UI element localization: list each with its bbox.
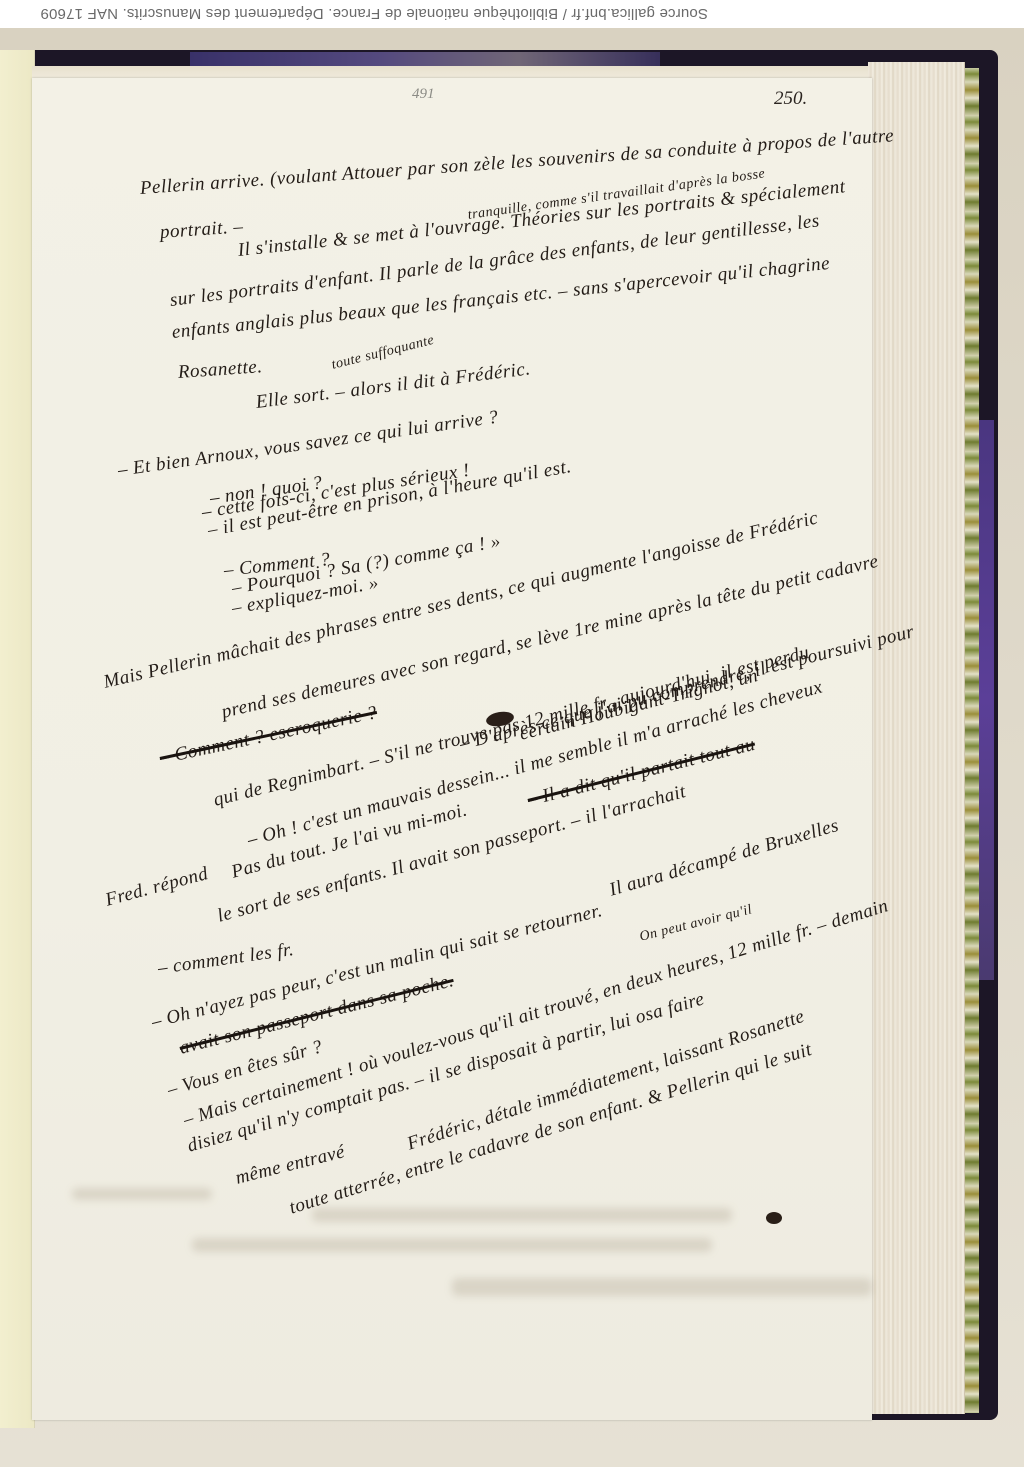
manuscript-line: Elle sort. – alors il dit à Frédéric.: [255, 358, 532, 414]
manuscript-line: – comment les fr.: [156, 939, 295, 980]
manuscript-line: Fred. répond: [103, 863, 211, 912]
handwritten-text: Pellerin arrive. (voulant Attouer par so…: [0, 0, 1024, 1467]
ink-blot: [766, 1212, 782, 1224]
manuscript-line: toute suffoquante: [330, 333, 436, 374]
manuscript-line: même entravé: [233, 1141, 347, 1189]
manuscript-line: Il aura décampé de Bruxelles: [607, 815, 842, 902]
manuscript-line: Rosanette.: [177, 356, 263, 384]
manuscript-line: portrait. –: [159, 216, 244, 244]
